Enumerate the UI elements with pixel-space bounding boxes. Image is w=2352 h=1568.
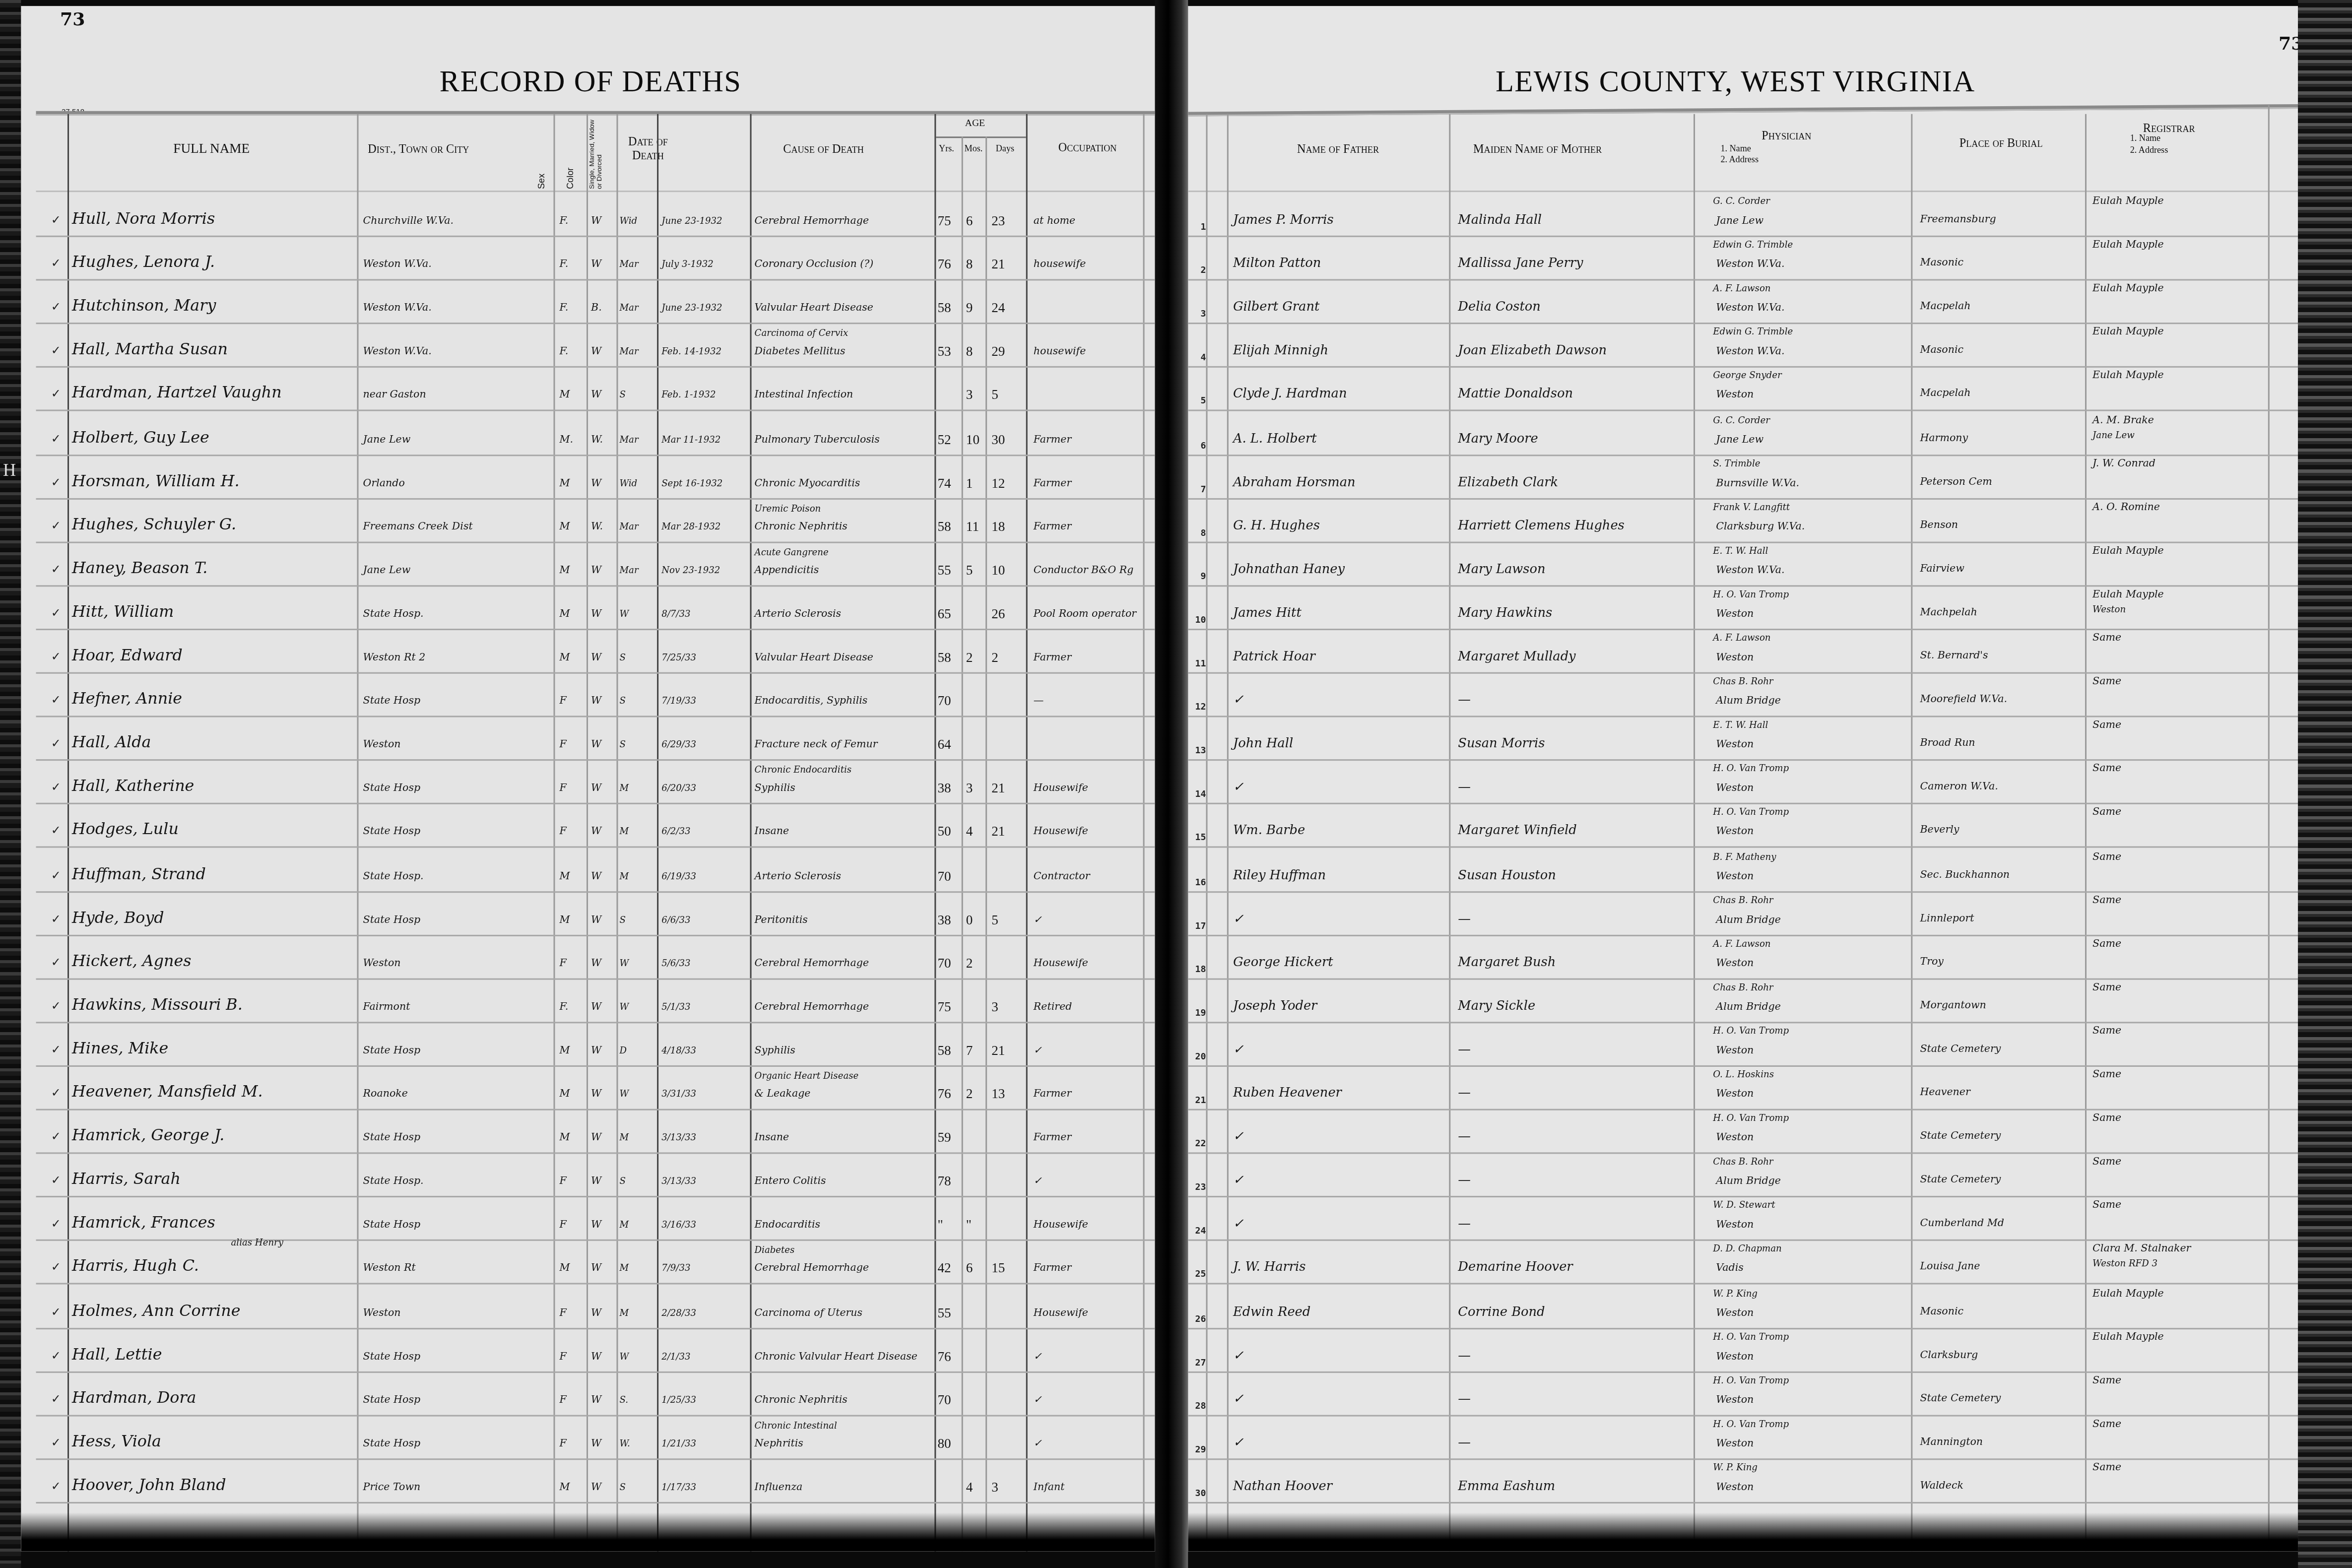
age-months: " [966, 1217, 972, 1232]
father-name: ✓ [1233, 781, 1244, 795]
col-rule [962, 136, 963, 1552]
marital-status: W [619, 958, 629, 969]
row-rule [36, 541, 1155, 543]
father-name: Johnathan Haney [1233, 562, 1345, 577]
age-days: 15 [991, 1261, 1005, 1276]
age-years: 58 [937, 1043, 951, 1057]
col-rule [67, 114, 69, 1552]
occupation: Farmer [1034, 1088, 1071, 1100]
mother-maiden-name: Margaret Bush [1458, 955, 1556, 970]
father-name: ✓ [1233, 1043, 1244, 1057]
cause-of-death: Arterio Sclerosis [755, 869, 842, 881]
father-name: Elijah Minnigh [1233, 344, 1328, 359]
checkmark-icon: ✓ [51, 737, 61, 750]
age-days: 29 [991, 344, 1005, 359]
color: W [591, 1088, 601, 1100]
row-rule [36, 1109, 1155, 1111]
marital-status: S [619, 915, 625, 925]
age-years: 78 [937, 1174, 951, 1188]
row-rule [36, 1065, 1155, 1067]
mother-maiden-name: Mallissa Jane Perry [1458, 257, 1583, 271]
row-rule [36, 978, 1155, 980]
residence: State Hosp [363, 826, 421, 838]
right-page: 73 LEWIS COUNTY, WEST VIRGINIA Name of F… [1188, 6, 2298, 1552]
checkmark-icon: ✓ [51, 1086, 61, 1100]
physician-name: A. F. Lawson [1713, 284, 1770, 294]
cause-of-death: Fracture neck of Femur [755, 738, 878, 750]
decedent-name: Hoover, John Bland [72, 1476, 226, 1494]
mother-maiden-name: — [1458, 1436, 1471, 1450]
cause-of-death: Influenza [755, 1481, 803, 1493]
cause-of-death-primary: Chronic Intestinal [755, 1421, 837, 1431]
physician-name: H. O. Van Tromp [1713, 1375, 1789, 1386]
place-of-burial: Troy [1920, 955, 1944, 967]
physician-name: W. P. King [1713, 1288, 1758, 1299]
sex: M [560, 520, 570, 532]
place-of-burial: Moorefield W.Va. [1920, 693, 2007, 705]
checkmark-icon: ✓ [51, 475, 61, 488]
registrar-name: Eulah Mayple [2092, 1287, 2164, 1299]
row-number: 27 [1188, 1357, 1206, 1368]
date-of-death: 2/1/33 [661, 1351, 690, 1362]
residence: State Hosp [363, 1044, 421, 1056]
occupation: Retired [1034, 1000, 1072, 1012]
age-years: 38 [937, 781, 951, 795]
marital-status: M [619, 827, 629, 838]
date-of-death: 1/21/33 [661, 1438, 696, 1449]
registrar-address: Jane Lew [2092, 430, 2135, 440]
age-days: 21 [991, 781, 1005, 795]
color: B. [591, 302, 602, 314]
physician-address: Weston W.Va. [1716, 564, 1784, 576]
sex: F [560, 957, 567, 969]
registrar-name: Eulah Mayple [2092, 588, 2164, 600]
header-place-of-burial: Place of Burial [1938, 136, 2064, 150]
row-rule [36, 629, 1155, 630]
marital-status: W [619, 1351, 629, 1362]
row-rule [36, 279, 1155, 281]
mother-maiden-name: Susan Houston [1458, 868, 1556, 883]
physician-address: Weston [1716, 1481, 1754, 1493]
sex: M [560, 476, 570, 488]
father-name: Riley Huffman [1233, 868, 1326, 883]
mother-maiden-name: Emma Eashum [1458, 1479, 1555, 1494]
occupation: Housewife [1034, 782, 1088, 794]
color: W [591, 826, 601, 838]
residence: Roanoke [363, 1088, 408, 1100]
registrar-name: Same [2092, 1068, 2121, 1080]
physician-name: A. F. Lawson [1713, 633, 1770, 644]
place-of-burial: Broad Run [1920, 737, 1975, 749]
col-rule [934, 114, 936, 1552]
date-of-death: June 23-1932 [661, 216, 722, 226]
occupation: Pool Room operator [1034, 607, 1136, 619]
mother-maiden-name: Mary Lawson [1458, 562, 1545, 577]
age-days: 5 [991, 388, 998, 402]
physician-name: Edwin G. Trimble [1713, 240, 1793, 251]
place-of-burial: Sec. Buckhannon [1920, 868, 2010, 880]
occupation: Conductor B&O Rg [1034, 564, 1134, 576]
col-rule [2085, 114, 2087, 1552]
physician-address: Weston [1716, 957, 1754, 969]
row-number: 15 [1188, 833, 1206, 844]
physician-address: Weston [1716, 1088, 1754, 1100]
row-rule [1188, 760, 2298, 761]
date-of-death: 3/13/33 [661, 1176, 696, 1187]
cause-of-death: Cerebral Hemorrhage [755, 957, 869, 969]
header-date-of-death: Date of Death [615, 135, 681, 163]
age-years: 76 [937, 257, 951, 271]
father-name: Ruben Heavener [1233, 1086, 1342, 1101]
registrar-name: Eulah Mayple [2092, 195, 2164, 207]
physician-address: Weston [1716, 1350, 1754, 1362]
color: W [591, 476, 601, 488]
row-rule [1188, 236, 2298, 237]
age-months: 8 [966, 344, 973, 359]
row-number: 9 [1188, 571, 1206, 582]
date-of-death: Nov 23-1932 [661, 565, 720, 576]
sex: F [560, 738, 567, 750]
row-rule [36, 1284, 1155, 1285]
occupation: Farmer [1034, 651, 1071, 663]
residence: Churchville W.Va. [363, 214, 454, 226]
row-number: 8 [1188, 527, 1206, 538]
father-name: Nathan Hoover [1233, 1479, 1332, 1494]
sex: F. [560, 214, 569, 226]
cause-of-death: Intestinal Infection [755, 389, 853, 401]
color: W [591, 607, 601, 619]
color: W [591, 695, 601, 707]
age-days: 23 [991, 213, 1005, 228]
row-number: 16 [1188, 877, 1206, 887]
place-of-burial: Heavener [1920, 1086, 1970, 1098]
physician-address: Weston [1716, 1306, 1754, 1318]
occupation: Farmer [1034, 433, 1071, 445]
mother-maiden-name: Delia Coston [1458, 300, 1540, 315]
color: W [591, 1393, 601, 1405]
physician-address: Weston [1716, 1393, 1754, 1405]
decedent-name: Hitt, William [72, 603, 174, 621]
physician-name: Chas B. Rohr [1713, 1157, 1773, 1168]
marital-status: D [619, 1045, 627, 1056]
cause-of-death: Insane [755, 826, 789, 838]
registrar-name: Same [2092, 1025, 2121, 1037]
marital-status: M [619, 871, 629, 881]
mother-maiden-name: — [1458, 1086, 1471, 1101]
marital-status: Mar [619, 522, 638, 532]
age-months: 4 [966, 824, 973, 839]
father-name: George Hickert [1233, 955, 1333, 970]
col-rule [985, 136, 987, 1552]
registrar-name: Same [2092, 1418, 2121, 1430]
header-registrar-name: 1. Name [2130, 135, 2160, 145]
color: W [591, 913, 601, 925]
mother-maiden-name: Harriett Clemens Hughes [1458, 519, 1624, 533]
date-of-death: 4/18/33 [661, 1045, 696, 1056]
occupation: Housewife [1034, 1219, 1088, 1231]
cause-of-death: Peritonitis [755, 913, 808, 925]
decedent-name: Heavener, Mansfield M. [72, 1083, 262, 1101]
row-rule [36, 367, 1155, 368]
mother-maiden-name: — [1458, 693, 1471, 708]
mother-maiden-name: Margaret Winfield [1458, 824, 1576, 839]
marital-status: Mar [619, 260, 638, 270]
row-rule [36, 454, 1155, 456]
sex: F [560, 1350, 567, 1362]
color: W [591, 1481, 601, 1493]
physician-name: O. L. Hoskins [1713, 1070, 1774, 1080]
occupation: Farmer [1034, 476, 1071, 488]
header-bottom-rule [1188, 191, 2298, 192]
registrar-name: Same [2092, 763, 2121, 775]
sex: M [560, 607, 570, 619]
decedent-name: Hughes, Schuyler G. [72, 516, 236, 533]
registrar-name: Same [2092, 981, 2121, 993]
age-years: 58 [937, 300, 951, 315]
mother-maiden-name: — [1458, 1392, 1471, 1407]
checkmark-icon: ✓ [51, 912, 61, 925]
father-name: ✓ [1233, 912, 1244, 926]
registrar-name: Same [2092, 719, 2121, 731]
col-rule [1026, 114, 1028, 1552]
father-name: Clyde J. Hardman [1233, 388, 1347, 402]
age-years: 58 [937, 519, 951, 533]
row-number: 21 [1188, 1095, 1206, 1106]
color: W [591, 564, 601, 576]
header-registrar: Registrar [2109, 122, 2229, 135]
sex: M [560, 564, 570, 576]
physician-name: W. P. King [1713, 1463, 1758, 1473]
row-number: 25 [1188, 1270, 1206, 1280]
physician-name: S. Trimble [1713, 458, 1760, 469]
date-of-death: 1/17/33 [661, 1482, 696, 1493]
date-of-death: 3/16/33 [661, 1220, 696, 1231]
header-dist-town-city: Dist., Town or City [321, 142, 516, 156]
physician-address: Weston [1716, 1437, 1754, 1449]
color: W [591, 1437, 601, 1449]
physician-address: Clarksburg W.Va. [1716, 520, 1805, 532]
mother-maiden-name: — [1458, 1174, 1471, 1188]
decedent-name: Hawkins, Missouri B. [72, 996, 243, 1014]
checkmark-icon: ✓ [51, 562, 61, 576]
mother-maiden-name: Corrine Bond [1458, 1305, 1545, 1319]
checkmark-icon: ✓ [51, 999, 61, 1012]
age-years: 55 [937, 1305, 951, 1319]
color: W [591, 738, 601, 750]
date-of-death: 6/20/33 [661, 784, 696, 794]
row-rule [1188, 1022, 2298, 1023]
cause-of-death: Endocarditis, Syphilis [755, 695, 868, 707]
marital-status: M [619, 1133, 629, 1143]
registrar-name: Same [2092, 1199, 2121, 1211]
row-rule [36, 498, 1155, 499]
row-rule [1188, 1284, 2298, 1285]
date-of-death: 7/25/33 [661, 653, 696, 663]
father-name: ✓ [1233, 1217, 1244, 1232]
registrar-name: Same [2092, 632, 2121, 644]
physician-address: Alum Bridge [1716, 695, 1781, 707]
decedent-name: Hamrick, Frances [72, 1214, 215, 1232]
cause-of-death: Carcinoma of Uterus [755, 1306, 863, 1318]
physician-address: Weston W.Va. [1716, 258, 1784, 270]
mother-maiden-name: — [1458, 1130, 1471, 1145]
age-years: 70 [937, 955, 951, 970]
residence: Weston Rt [363, 1262, 416, 1274]
marital-status: Mar [619, 303, 638, 314]
registrar-name: Same [2092, 1112, 2121, 1124]
age-years: 64 [937, 737, 951, 752]
date-of-death: 6/19/33 [661, 871, 696, 881]
physician-name: H. O. Van Tromp [1713, 1026, 1789, 1037]
header-physician: Physician [1734, 129, 1839, 143]
row-rule [1188, 1415, 2298, 1416]
place-of-burial: Peterson Cem [1920, 475, 1992, 487]
age-days: 3 [991, 999, 998, 1014]
age-years: 76 [937, 1348, 951, 1363]
residence: State Hosp. [363, 869, 424, 881]
physician-address: Weston [1716, 607, 1754, 619]
col-rule [357, 114, 358, 1552]
age-years: 76 [937, 1086, 951, 1101]
place-of-burial: Beverly [1920, 824, 1959, 836]
age-years: 74 [937, 475, 951, 490]
left-page: 73 RECORD OF DEATHS 37,518 FULL NAME Dis… [21, 6, 1155, 1552]
row-rule [1188, 1458, 2298, 1460]
header-age: AGE [942, 119, 1008, 130]
registrar-address: Weston RFD 3 [2092, 1259, 2157, 1270]
age-years: 59 [937, 1130, 951, 1145]
occupation: ✓ [1034, 1350, 1042, 1362]
row-rule [36, 410, 1155, 412]
place-of-burial: St. Bernard's [1920, 650, 1988, 661]
father-name: Abraham Horsman [1233, 475, 1356, 490]
cause-of-death-primary: Carcinoma of Cervix [755, 329, 849, 339]
row-number: 7 [1188, 484, 1206, 494]
checkmark-icon: ✓ [51, 344, 61, 357]
header-age-mos: Mos. [960, 145, 987, 156]
row-rule [36, 1022, 1155, 1023]
physician-address: Weston [1716, 651, 1754, 663]
marital-status: S [619, 1482, 625, 1493]
header-full-name: FULL NAME [129, 141, 294, 156]
col-rule [587, 114, 588, 1552]
color: W [591, 1306, 601, 1318]
row-rule [36, 1458, 1155, 1460]
registrar-name: Same [2092, 1156, 2121, 1168]
row-number: 10 [1188, 615, 1206, 625]
mother-maiden-name: Mary Hawkins [1458, 606, 1552, 621]
checkmark-icon: ✓ [51, 693, 61, 707]
residence: Freemans Creek Dist [363, 520, 473, 532]
row-number: 30 [1188, 1488, 1206, 1499]
row-rule [1188, 934, 2298, 936]
decedent-name: Hickert, Agnes [72, 952, 192, 970]
age-years: 38 [937, 912, 951, 926]
mother-maiden-name: Mary Moore [1458, 431, 1538, 446]
row-number: 17 [1188, 920, 1206, 931]
physician-name: H. O. Van Tromp [1713, 1332, 1789, 1342]
row-rule [1188, 672, 2298, 674]
sex: F. [560, 1000, 569, 1012]
header-color: Color [567, 168, 576, 189]
col-rule [2268, 105, 2270, 1552]
header-occupation: Occupation [1035, 141, 1140, 155]
physician-address: Alum Bridge [1716, 1000, 1781, 1012]
color: W [591, 1131, 601, 1143]
checkmark-icon: ✓ [51, 1043, 61, 1056]
sex: F [560, 1175, 567, 1187]
cause-of-death: Diabetes Mellitus [755, 345, 846, 357]
col-rule [616, 114, 618, 1552]
page-shadow [21, 1512, 1155, 1552]
age-years: 53 [937, 344, 951, 359]
cause-of-death: Entero Colitis [755, 1175, 826, 1187]
marital-status: W [619, 1089, 629, 1100]
age-days: 2 [991, 650, 998, 664]
marital-status: S [619, 653, 625, 663]
residence: Weston W.Va. [363, 258, 432, 270]
row-rule [1188, 541, 2298, 543]
color: W [591, 651, 601, 663]
row-rule [1188, 367, 2298, 368]
age-months: 2 [966, 1086, 973, 1101]
place-of-burial: State Cemetery [1920, 1130, 2001, 1142]
header-physician-address: 2. Address [1720, 156, 1759, 166]
age-months: 8 [966, 257, 973, 271]
sex: M [560, 1262, 570, 1274]
cause-of-death: Syphilis [755, 1044, 795, 1056]
age-months: 0 [966, 912, 973, 926]
row-number: 3 [1188, 309, 1206, 320]
physician-name: H. O. Van Tromp [1713, 808, 1789, 818]
age-years: 65 [937, 606, 951, 621]
row-rule [36, 760, 1155, 761]
col-rule [1449, 114, 1450, 1552]
row-rule [36, 672, 1155, 674]
marital-status: M [619, 1264, 629, 1274]
place-of-burial: Benson [1920, 519, 1958, 530]
physician-address: Weston [1716, 738, 1754, 750]
date-of-death: 1/25/33 [661, 1395, 696, 1405]
occupation: ✓ [1034, 913, 1042, 925]
physician-name: G. C. Corder [1713, 415, 1770, 425]
residence: Weston W.Va. [363, 302, 432, 314]
registrar-name: Eulah Mayple [2092, 282, 2164, 294]
date-of-death: July 3-1932 [661, 260, 714, 270]
age-years: 58 [937, 650, 951, 664]
row-rule [36, 1196, 1155, 1198]
registrar-name: Eulah Mayple [2092, 1330, 2164, 1342]
physician-address: Weston [1716, 782, 1754, 794]
mother-maiden-name: — [1458, 912, 1471, 926]
registrar-name: A. O. Romine [2092, 501, 2160, 513]
occupation: Housewife [1034, 1306, 1088, 1318]
age-years: 70 [937, 868, 951, 883]
sex: F [560, 782, 567, 794]
place-of-burial: Masonic [1920, 257, 1963, 268]
row-rule [1188, 1153, 2298, 1154]
occupation: ✓ [1034, 1044, 1042, 1056]
physician-address: Weston W.Va. [1716, 345, 1784, 357]
row-rule [36, 236, 1155, 237]
father-name: Edwin Reed [1233, 1305, 1310, 1319]
row-number: 26 [1188, 1313, 1206, 1324]
residence: Weston Rt 2 [363, 651, 426, 663]
physician-name: George Snyder [1713, 371, 1781, 382]
marital-status: Wid [619, 478, 637, 488]
row-rule [36, 847, 1155, 849]
sex: F [560, 1219, 567, 1231]
